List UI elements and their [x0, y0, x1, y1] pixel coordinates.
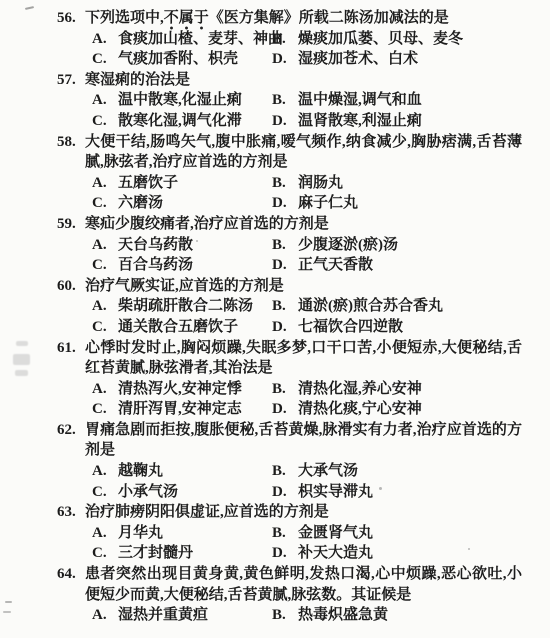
option-label: C.	[92, 111, 118, 132]
option: B.通淤(瘀)煎合苏合香丸	[272, 296, 522, 317]
question-list: 56. 下列选项中,不属于《医方集解》所载二陈汤加减法的是 A.食痰加山楂、麦芽…	[57, 8, 522, 626]
question-stem: 寒湿痢的治法是	[85, 70, 522, 91]
option-text: 湿痰加苍术、白术	[298, 51, 418, 67]
option-text: 六磨汤	[118, 195, 163, 211]
option: A.天台乌药散	[92, 235, 272, 256]
question-item: 63. 治疗肺痨阴阳俱虚证,应首选的方剂是 A.月华丸B.金匮肾气丸C.三才封髓…	[57, 502, 522, 564]
question-number: 62.	[57, 420, 85, 441]
question-item: 59. 寒疝少腹绞痛者,治疗应首选的方剂是 A.天台乌药散B.少腹逐淤(瘀)汤C…	[57, 214, 522, 276]
stem-text: 大便干结,肠鸣矢气,腹中胀痛,嗳气频作,纳食减少,胸胁痞满,舌苔薄腻,脉弦者,治…	[85, 134, 522, 171]
option-label: C.	[92, 317, 118, 338]
option-label: C.	[92, 193, 118, 214]
option: D.正气天香散	[272, 255, 522, 276]
option: B.金匮肾气丸	[272, 523, 522, 544]
option-text: 清热泻火,安神定悸	[118, 381, 242, 397]
options: A.越鞠丸B.大承气汤C.小承气汤D.枳实导滞丸	[85, 461, 522, 502]
option: A.清热泻火,安神定悸	[92, 379, 272, 400]
option-label: B.	[272, 379, 298, 400]
options: A.食痰加山楂、麦芽、神曲B.燥痰加瓜蒌、贝母、麦冬C.气痰加香附、枳壳D.湿痰…	[85, 29, 522, 70]
scan-artifact	[5, 601, 12, 603]
option-label: A.	[92, 173, 118, 194]
option-text: 正气天香散	[298, 257, 373, 273]
option-text: 五磨饮子	[118, 175, 178, 191]
question-item: 61. 心悸时发时止,胸闷烦躁,失眠多梦,口干口苦,小便短赤,大便秘结,舌红苔黄…	[57, 338, 522, 420]
option-label: A.	[92, 605, 118, 626]
question-body: 大便干结,肠鸣矢气,腹中胀痛,嗳气频作,纳食减少,胸胁痞满,舌苔薄腻,脉弦者,治…	[85, 132, 522, 214]
question-stem: 治疗肺痨阴阳俱虚证,应首选的方剂是	[85, 502, 522, 523]
option: B.热毒炽盛急黄	[272, 605, 522, 626]
option-text: 清热化痰,宁心安神	[298, 401, 422, 417]
option: C.通关散合五磨饮子	[92, 317, 272, 338]
option: A.柴胡疏肝散合二陈汤	[92, 296, 272, 317]
option-label: D.	[272, 399, 298, 420]
option: C.小承气汤	[92, 482, 272, 503]
option-label: C.	[92, 49, 118, 70]
option: D.七福饮合四逆散	[272, 317, 522, 338]
question-item: 58. 大便干结,肠鸣矢气,腹中胀痛,嗳气频作,纳食减少,胸胁痞满,舌苔薄腻,脉…	[57, 132, 522, 214]
option-label: A.	[92, 90, 118, 111]
option: D.麻子仁丸	[272, 193, 522, 214]
options: A.温中散寒,化湿止痢B.温中燥湿,调气和血C.散寒化湿,调气化滞D.温肾散寒,…	[85, 90, 522, 131]
question-number: 64.	[57, 564, 85, 585]
stem-text: 治疗肺痨阴阳俱虚证,应首选的方剂是	[85, 504, 329, 520]
option-label: B.	[272, 296, 298, 317]
option: D.湿痰加苍术、白术	[272, 49, 522, 70]
option-text: 金匮肾气丸	[298, 525, 373, 541]
question-number: 61.	[57, 338, 85, 359]
option-text: 清肝泻胃,安神定志	[118, 401, 242, 417]
option-text: 清热化湿,养心安神	[298, 381, 422, 397]
question-stem: 大便干结,肠鸣矢气,腹中胀痛,嗳气频作,纳食减少,胸胁痞满,舌苔薄腻,脉弦者,治…	[85, 132, 522, 173]
question-stem: 心悸时发时止,胸闷烦躁,失眠多梦,口干口苦,小便短赤,大便秘结,舌红苔黄腻,脉弦…	[85, 338, 522, 379]
option-text: 气痰加香附、枳壳	[118, 51, 238, 67]
question-body: 患者突然出现目黄身黄,黄色鲜明,发热口渴,心中烦躁,恶心欲吐,小便短少而黄,大便…	[85, 564, 522, 626]
option: C.六磨汤	[92, 193, 272, 214]
option-label: C.	[92, 482, 118, 503]
option-text: 小承气汤	[118, 484, 178, 500]
question-body: 寒疝少腹绞痛者,治疗应首选的方剂是 A.天台乌药散B.少腹逐淤(瘀)汤C.百合乌…	[85, 214, 522, 276]
option-label: B.	[272, 29, 298, 50]
option-label: A.	[92, 235, 118, 256]
option: B.大承气汤	[272, 461, 522, 482]
question-body: 寒湿痢的治法是 A.温中散寒,化湿止痢B.温中燥湿,调气和血C.散寒化湿,调气化…	[85, 70, 522, 132]
option-label: D.	[272, 317, 298, 338]
question-number: 60.	[57, 276, 85, 297]
options: A.天台乌药散B.少腹逐淤(瘀)汤C.百合乌药汤D.正气天香散	[85, 235, 522, 276]
option-label: A.	[92, 29, 118, 50]
stem-text: 治疗气厥实证,应首选的方剂是	[85, 278, 284, 294]
question-number: 56.	[57, 8, 85, 29]
option-text: 天台乌药散	[118, 237, 193, 253]
option-text: 七福饮合四逆散	[298, 319, 403, 335]
option-label: C.	[92, 399, 118, 420]
stem-text: 寒疝少腹绞痛者,治疗应首选的方剂是	[85, 216, 329, 232]
scan-artifact	[15, 370, 28, 376]
option: D.温肾散寒,利湿止痢	[272, 111, 522, 132]
option-text: 大承气汤	[298, 463, 358, 479]
question-number: 63.	[57, 502, 85, 523]
question-stem: 患者突然出现目黄身黄,黄色鲜明,发热口渴,心中烦躁,恶心欲吐,小便短少而黄,大便…	[85, 564, 522, 605]
scan-artifact	[25, 6, 34, 10]
question-item: 57. 寒湿痢的治法是 A.温中散寒,化湿止痢B.温中燥湿,调气和血C.散寒化湿…	[57, 70, 522, 132]
option-label: D.	[272, 482, 298, 503]
question-number: 58.	[57, 132, 85, 153]
option-text: 麻子仁丸	[298, 195, 358, 211]
question-body: 心悸时发时止,胸闷烦躁,失眠多梦,口干口苦,小便短赤,大便秘结,舌红苔黄腻,脉弦…	[85, 338, 522, 420]
option-text: 温中燥湿,调气和血	[298, 92, 422, 108]
stem-text: 心悸时发时止,胸闷烦躁,失眠多梦,口干口苦,小便短赤,大便秘结,舌红苔黄腻,脉弦…	[85, 340, 522, 377]
stem-text: 患者突然出现目黄身黄,黄色鲜明,发热口渴,心中烦躁,恶心欲吐,小便短少而黄,大便…	[85, 566, 522, 603]
question-item: 56. 下列选项中,不属于《医方集解》所载二陈汤加减法的是 A.食痰加山楂、麦芽…	[57, 8, 522, 70]
options: A.月华丸B.金匮肾气丸C.三才封髓丹D.补天大造丸	[85, 523, 522, 564]
option: D.补天大造丸	[272, 543, 522, 564]
option-text: 食痰加山楂、麦芽、神曲	[118, 31, 283, 47]
option-label: D.	[272, 255, 298, 276]
option-label: D.	[272, 49, 298, 70]
option: B.清热化湿,养心安神	[272, 379, 522, 400]
option-text: 通关散合五磨饮子	[118, 319, 238, 335]
stem-text: 《医方集解》所载二陈汤加减法的是	[209, 10, 449, 26]
option-text: 温中散寒,化湿止痢	[118, 92, 242, 108]
option-label: A.	[92, 296, 118, 317]
question-item: 62. 胃痛急剧而拒按,腹胀便秘,舌苔黄燥,脉滑实有力者,治疗应首选的方剂是 A…	[57, 420, 522, 502]
question-body: 胃痛急剧而拒按,腹胀便秘,舌苔黄燥,脉滑实有力者,治疗应首选的方剂是 A.越鞠丸…	[85, 420, 522, 502]
stem-text: 下列选项中,	[85, 10, 164, 26]
option-label: D.	[272, 111, 298, 132]
option: C.清肝泻胃,安神定志	[92, 399, 272, 420]
options: A.五磨饮子B.润肠丸C.六磨汤D.麻子仁丸	[85, 173, 522, 214]
option: C.百合乌药汤	[92, 255, 272, 276]
option: C.气痰加香附、枳壳	[92, 49, 272, 70]
option: C.散寒化湿,调气化滞	[92, 111, 272, 132]
option-text: 温肾散寒,利湿止痢	[298, 113, 422, 129]
option: B.润肠丸	[272, 173, 522, 194]
question-stem: 胃痛急剧而拒按,腹胀便秘,舌苔黄燥,脉滑实有力者,治疗应首选的方剂是	[85, 420, 522, 461]
option: A.温中散寒,化湿止痢	[92, 90, 272, 111]
option-label: C.	[92, 543, 118, 564]
scan-artifact	[16, 341, 28, 346]
option: A.五磨饮子	[92, 173, 272, 194]
option-label: B.	[272, 173, 298, 194]
option-label: A.	[92, 461, 118, 482]
question-number: 57.	[57, 70, 85, 91]
stem-emphasized-text: 不属于	[164, 10, 209, 30]
option-label: B.	[272, 523, 298, 544]
question-item: 60. 治疗气厥实证,应首选的方剂是 A.柴胡疏肝散合二陈汤B.通淤(瘀)煎合苏…	[57, 276, 522, 338]
option-text: 湿热并重黄疸	[118, 607, 208, 623]
question-body: 治疗肺痨阴阳俱虚证,应首选的方剂是 A.月华丸B.金匮肾气丸C.三才封髓丹D.补…	[85, 502, 522, 564]
question-stem: 下列选项中,不属于《医方集解》所载二陈汤加减法的是	[85, 8, 522, 29]
option-text: 月华丸	[118, 525, 163, 541]
question-stem: 寒疝少腹绞痛者,治疗应首选的方剂是	[85, 214, 522, 235]
scan-artifact	[13, 354, 30, 365]
option-label: A.	[92, 523, 118, 544]
option: B.少腹逐淤(瘀)汤	[272, 235, 522, 256]
option: A.湿热并重黄疸	[92, 605, 272, 626]
option-text: 枳实导滞丸	[298, 484, 373, 500]
option-text: 补天大造丸	[298, 545, 373, 561]
option-text: 通淤(瘀)煎合苏合香丸	[298, 298, 443, 314]
option: B.温中燥湿,调气和血	[272, 90, 522, 111]
option-text: 柴胡疏肝散合二陈汤	[118, 298, 253, 314]
option-text: 燥痰加瓜蒌、贝母、麦冬	[298, 31, 463, 47]
option-text: 散寒化湿,调气化滞	[118, 113, 242, 129]
option-label: B.	[272, 461, 298, 482]
option-label: A.	[92, 379, 118, 400]
option: A.食痰加山楂、麦芽、神曲	[92, 29, 272, 50]
exam-page: 56. 下列选项中,不属于《医方集解》所载二陈汤加减法的是 A.食痰加山楂、麦芽…	[0, 0, 550, 638]
option-text: 热毒炽盛急黄	[298, 607, 388, 623]
option-label: B.	[272, 605, 298, 626]
option: B.燥痰加瓜蒌、贝母、麦冬	[272, 29, 522, 50]
option-text: 少腹逐淤(瘀)汤	[298, 237, 398, 253]
options: A.清热泻火,安神定悸B.清热化湿,养心安神C.清肝泻胃,安神定志D.清热化痰,…	[85, 379, 522, 420]
option-text: 三才封髓丹	[118, 545, 193, 561]
stem-text: 胃痛急剧而拒按,腹胀便秘,舌苔黄燥,脉滑实有力者,治疗应首选的方剂是	[85, 422, 522, 459]
option-label: B.	[272, 235, 298, 256]
scan-artifact	[3, 611, 11, 613]
option-text: 百合乌药汤	[118, 257, 193, 273]
option-label: D.	[272, 543, 298, 564]
question-number: 59.	[57, 214, 85, 235]
option-text: 越鞠丸	[118, 463, 163, 479]
option: C.三才封髓丹	[92, 543, 272, 564]
option-label: B.	[272, 90, 298, 111]
option: D.清热化痰,宁心安神	[272, 399, 522, 420]
question-item: 64. 患者突然出现目黄身黄,黄色鲜明,发热口渴,心中烦躁,恶心欲吐,小便短少而…	[57, 564, 522, 626]
option: D.枳实导滞丸	[272, 482, 522, 503]
options: A.湿热并重黄疸B.热毒炽盛急黄	[85, 605, 522, 626]
option: A.越鞠丸	[92, 461, 272, 482]
question-stem: 治疗气厥实证,应首选的方剂是	[85, 276, 522, 297]
question-body: 治疗气厥实证,应首选的方剂是 A.柴胡疏肝散合二陈汤B.通淤(瘀)煎合苏合香丸C…	[85, 276, 522, 338]
option-label: D.	[272, 193, 298, 214]
stem-text: 寒湿痢的治法是	[85, 72, 190, 88]
question-body: 下列选项中,不属于《医方集解》所载二陈汤加减法的是 A.食痰加山楂、麦芽、神曲B…	[85, 8, 522, 70]
options: A.柴胡疏肝散合二陈汤B.通淤(瘀)煎合苏合香丸C.通关散合五磨饮子D.七福饮合…	[85, 296, 522, 337]
option: A.月华丸	[92, 523, 272, 544]
option-text: 润肠丸	[298, 175, 343, 191]
option-label: C.	[92, 255, 118, 276]
